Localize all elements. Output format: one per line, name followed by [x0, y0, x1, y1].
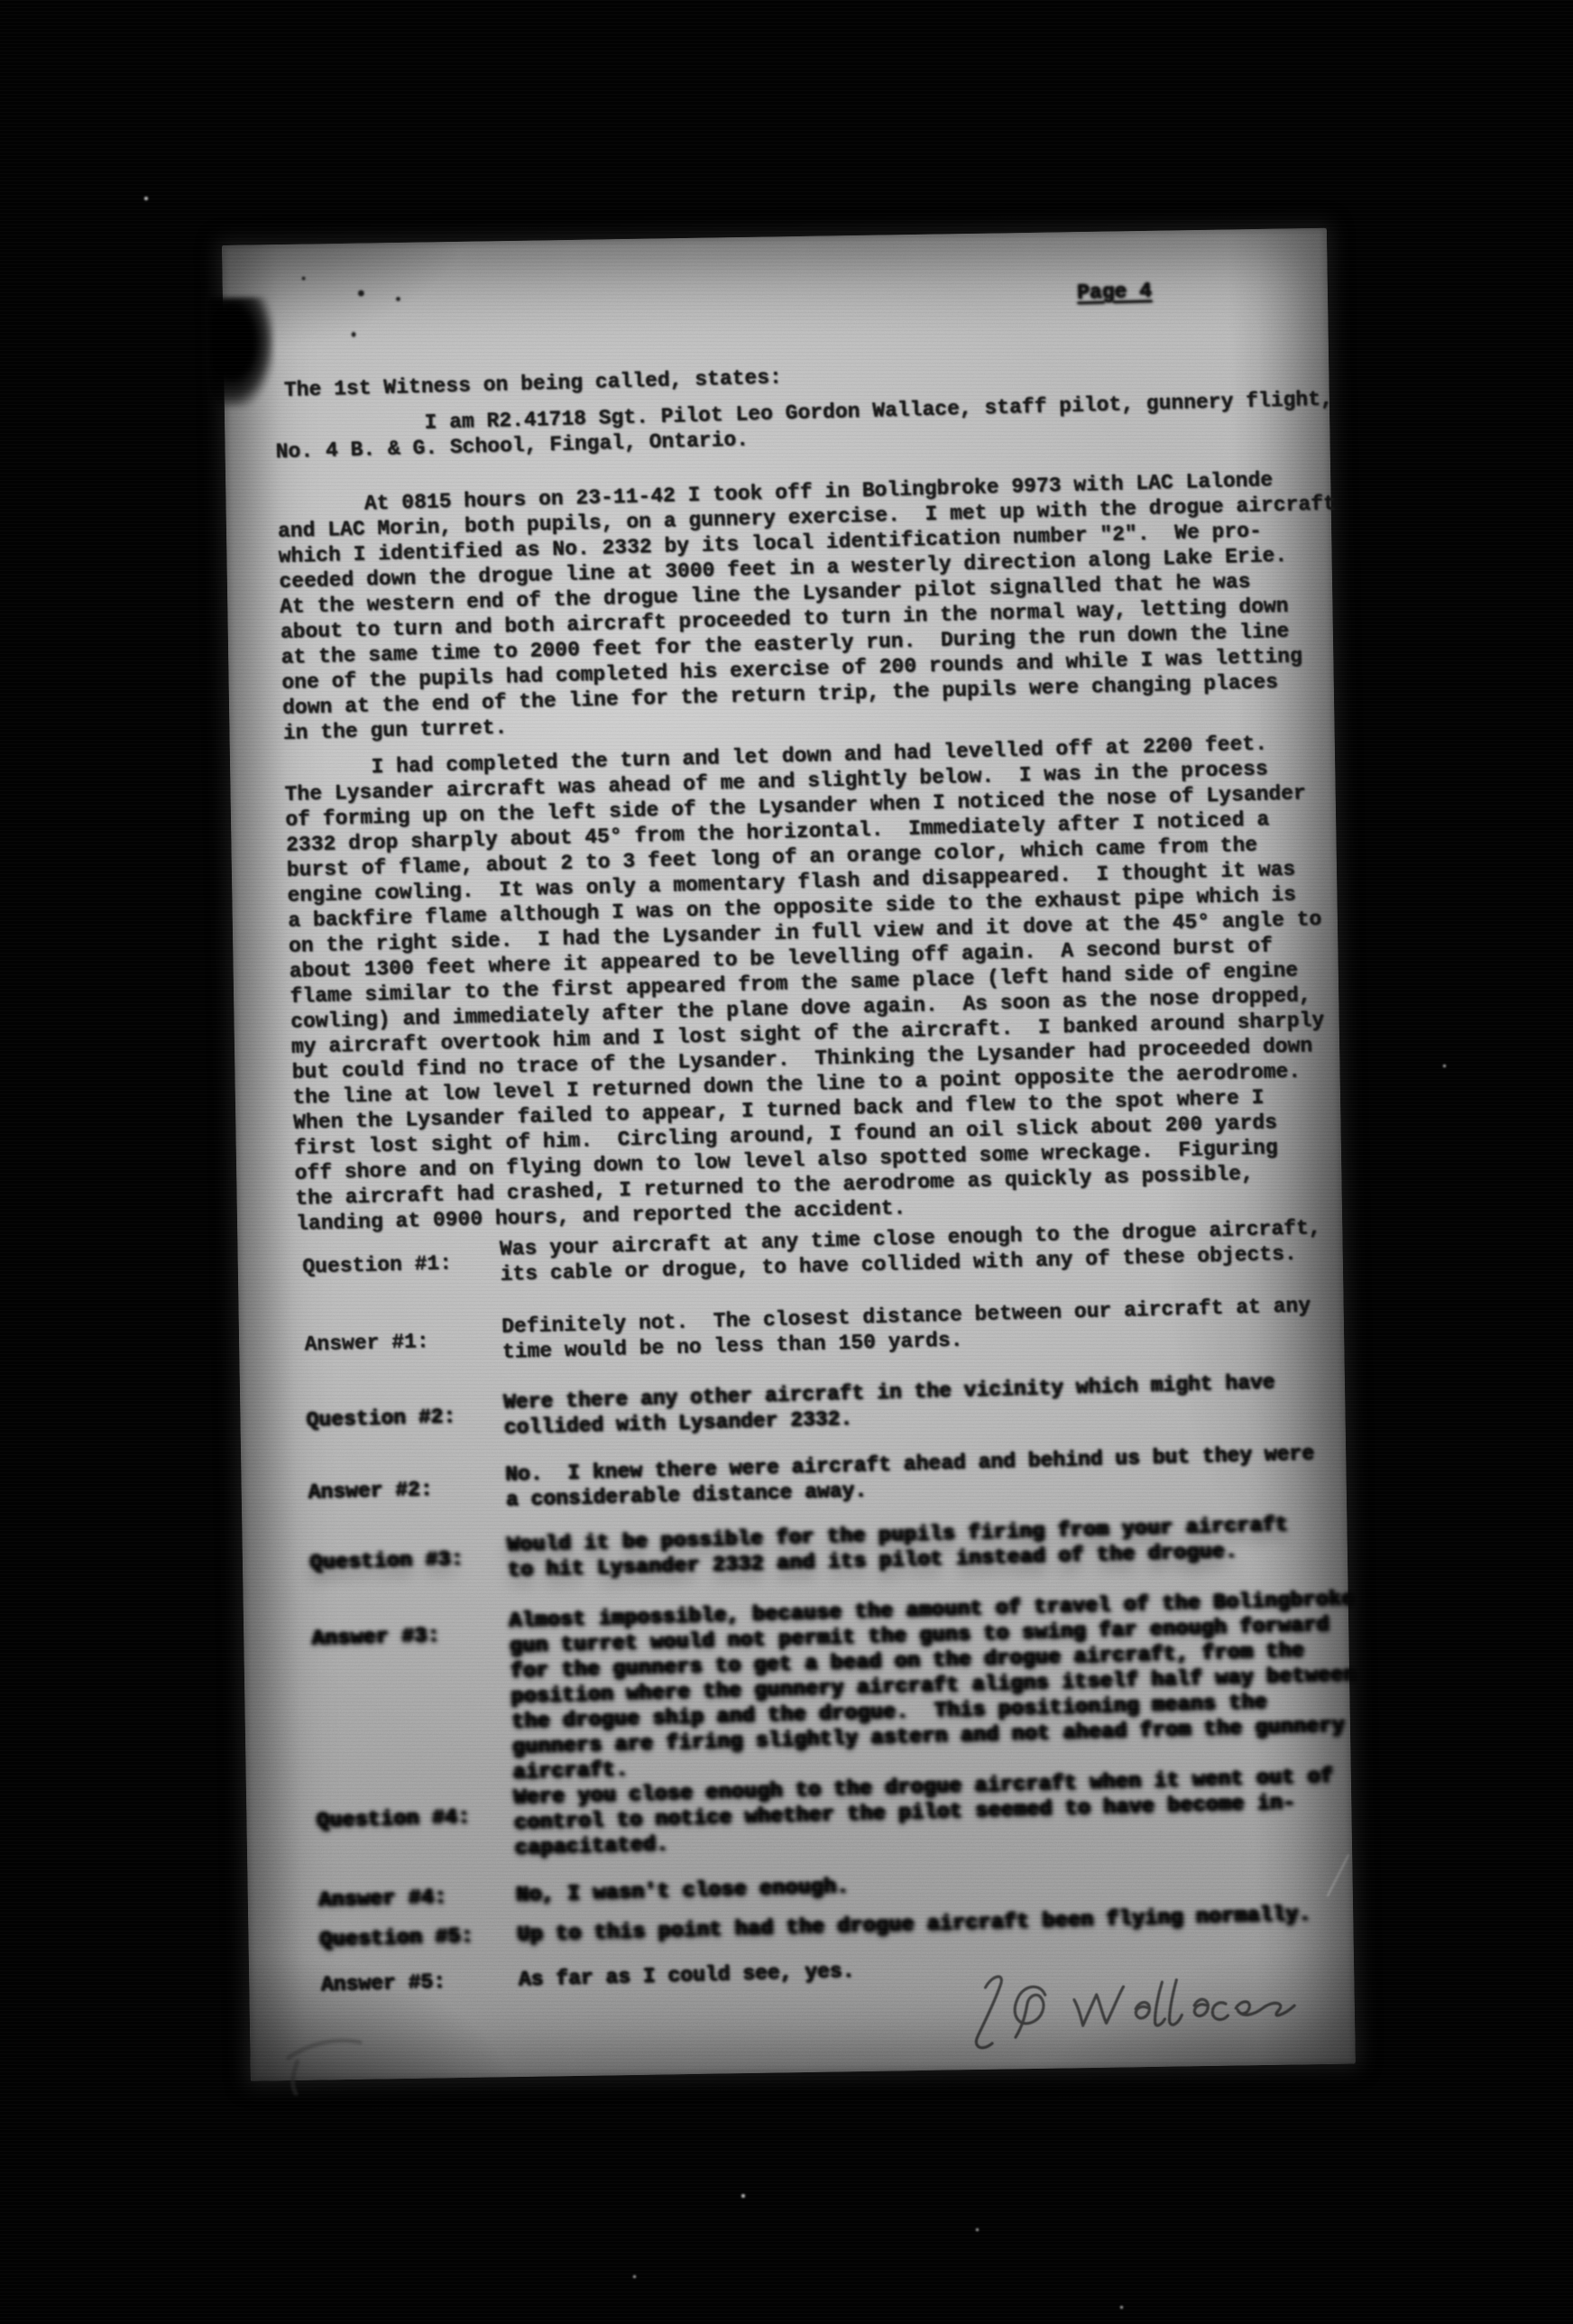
question-3-label: Question #3: — [309, 1533, 508, 1576]
answer-5-label: Answer #5: — [321, 1968, 520, 1998]
question-5-label: Question #5: — [320, 1923, 519, 1953]
question-2-row: Question #2: Were there any other aircra… — [306, 1367, 1388, 1445]
question-3-text: Would it be possible for the pupils firi… — [507, 1509, 1392, 1583]
question-4-label: Question #4: — [317, 1785, 515, 1834]
dust-speck — [1120, 2306, 1123, 2309]
answer-4-label: Answer #4: — [318, 1883, 517, 1914]
answer-3-text: Almost impossible, because the amount of… — [509, 1585, 1397, 1785]
answer-2-text: No. I knew there were aircraft ahead and… — [505, 1439, 1390, 1513]
paper-sheet: Page 4 The 1st Witness on being called, … — [222, 228, 1356, 2081]
question-5-text: Up to this point had the drogue aircraft… — [517, 1899, 1401, 1948]
dust-speck — [1443, 1065, 1446, 1067]
flight-narrative-paragraph: At 0815 hours on 23-11-42 I took off in … — [277, 465, 1382, 746]
microfilm-scan: Page 4 The 1st Witness on being called, … — [0, 0, 1573, 2324]
crash-narrative-paragraph: I had completed the turn and let down an… — [284, 728, 1395, 1237]
answer-2-row: Answer #2: No. I knew there were aircraf… — [308, 1439, 1390, 1517]
answer-1-text: Definitely not. The closest distance bet… — [501, 1291, 1386, 1365]
answer-2-label: Answer #2: — [308, 1462, 506, 1506]
dust-speck — [741, 2194, 745, 2198]
answer-4-text: No, I wasn't close enough. — [516, 1859, 1400, 1908]
question-2-label: Question #2: — [306, 1390, 504, 1434]
question-2-text: Were there any other aircraft in the vic… — [503, 1367, 1388, 1441]
dust-speck — [144, 197, 148, 200]
page-number: Page 4 — [1077, 279, 1153, 306]
question-1-label: Question #1: — [302, 1237, 501, 1280]
answer-1-label: Answer #1: — [304, 1314, 502, 1358]
ink-blot — [208, 297, 275, 408]
dust-speck — [976, 2228, 979, 2231]
answer-1-row: Answer #1: Definitely not. The closest d… — [304, 1291, 1386, 1369]
dust-speck — [633, 2275, 636, 2278]
question-3-row: Question #3: Would it be possible for th… — [309, 1509, 1392, 1588]
pencil-mark — [277, 2022, 395, 2096]
answer-3-label: Answer #3: — [311, 1609, 510, 1652]
signature-handwriting — [958, 1952, 1303, 2062]
typed-content: Page 4 The 1st Witness on being called, … — [271, 243, 1415, 2048]
answer-3-row: Answer #3: Almost impossible, because th… — [311, 1585, 1397, 1790]
